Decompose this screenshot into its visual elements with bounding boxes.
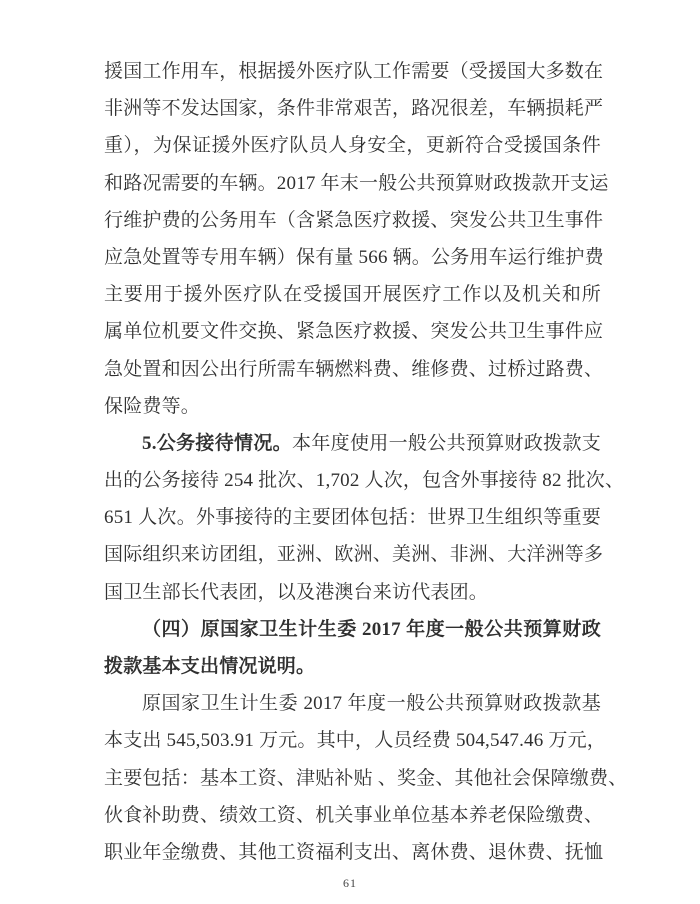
document-page: 援国工作用车，根据援外医疗队工作需要（受援国大多数在 非洲等不发达国家，条件非常…: [0, 0, 700, 904]
text-line: 属单位机要文件交换、紧急医疗救援、突发公共卫生事件应: [104, 313, 601, 350]
section-heading-line: （四）原国家卫生计生委 2017 年度一般公共预算财政: [104, 611, 601, 648]
text-segment: 本年度使用一般公共预算财政拨款支: [292, 433, 601, 454]
reception-paragraph-first-line: 5.公务接待情况。本年度使用一般公共预算财政拨款支: [104, 425, 601, 462]
text-line: 重），为保证援外医疗队员人身安全，更新符合受援国条件: [104, 127, 601, 164]
text-line: 本支出 545,503.91 万元。其中，人员经费 504,547.46 万元，: [104, 722, 601, 759]
page-number: 61: [0, 876, 700, 891]
text-line: 出的公务接待 254 批次、1,702 人次，包含外事接待 82 批次、: [104, 462, 601, 499]
text-line: 国际组织来访团组，亚洲、欧洲、美洲、非洲、大洋洲等多: [104, 536, 601, 573]
text-line: 急处置和因公出行所需车辆燃料费、维修费、过桥过路费、: [104, 351, 601, 388]
text-line: 主要包括：基本工资、津贴补贴 、奖金、其他社会保障缴费、: [104, 760, 601, 797]
text-line: 主要用于援外医疗队在受援国开展医疗工作以及机关和所: [104, 276, 601, 313]
text-line: 援国工作用车，根据援外医疗队工作需要（受援国大多数在: [104, 53, 601, 90]
text-block: 援国工作用车，根据援外医疗队工作需要（受援国大多数在 非洲等不发达国家，条件非常…: [104, 53, 601, 871]
subheading-reception: 5.公务接待情况。: [142, 433, 292, 454]
text-line: 职业年金缴费、其他工资福利支出、离休费、退休费、抚恤: [104, 834, 601, 871]
text-line: 和路况需要的车辆。2017 年末一般公共预算财政拨款开支运: [104, 165, 601, 202]
text-line: 非洲等不发达国家，条件非常艰苦，路况很差，车辆损耗严: [104, 90, 601, 127]
text-line: 行维护费的公务用车（含紧急医疗救援、突发公共卫生事件: [104, 202, 601, 239]
text-line: 651 人次。外事接待的主要团体包括：世界卫生组织等重要: [104, 499, 601, 536]
text-line: 应急处置等专用车辆）保有量 566 辆。公务用车运行维护费: [104, 239, 601, 276]
paragraph-last-line: 保险费等。: [104, 388, 601, 425]
paragraph-last-line: 国卫生部长代表团，以及港澳台来访代表团。: [104, 574, 601, 611]
text-line: 原国家卫生计生委 2017 年度一般公共预算财政拨款基: [104, 685, 601, 722]
section-heading-line: 拨款基本支出情况说明。: [104, 648, 601, 685]
text-line: 伙食补助费、绩效工资、机关事业单位基本养老保险缴费、: [104, 797, 601, 834]
